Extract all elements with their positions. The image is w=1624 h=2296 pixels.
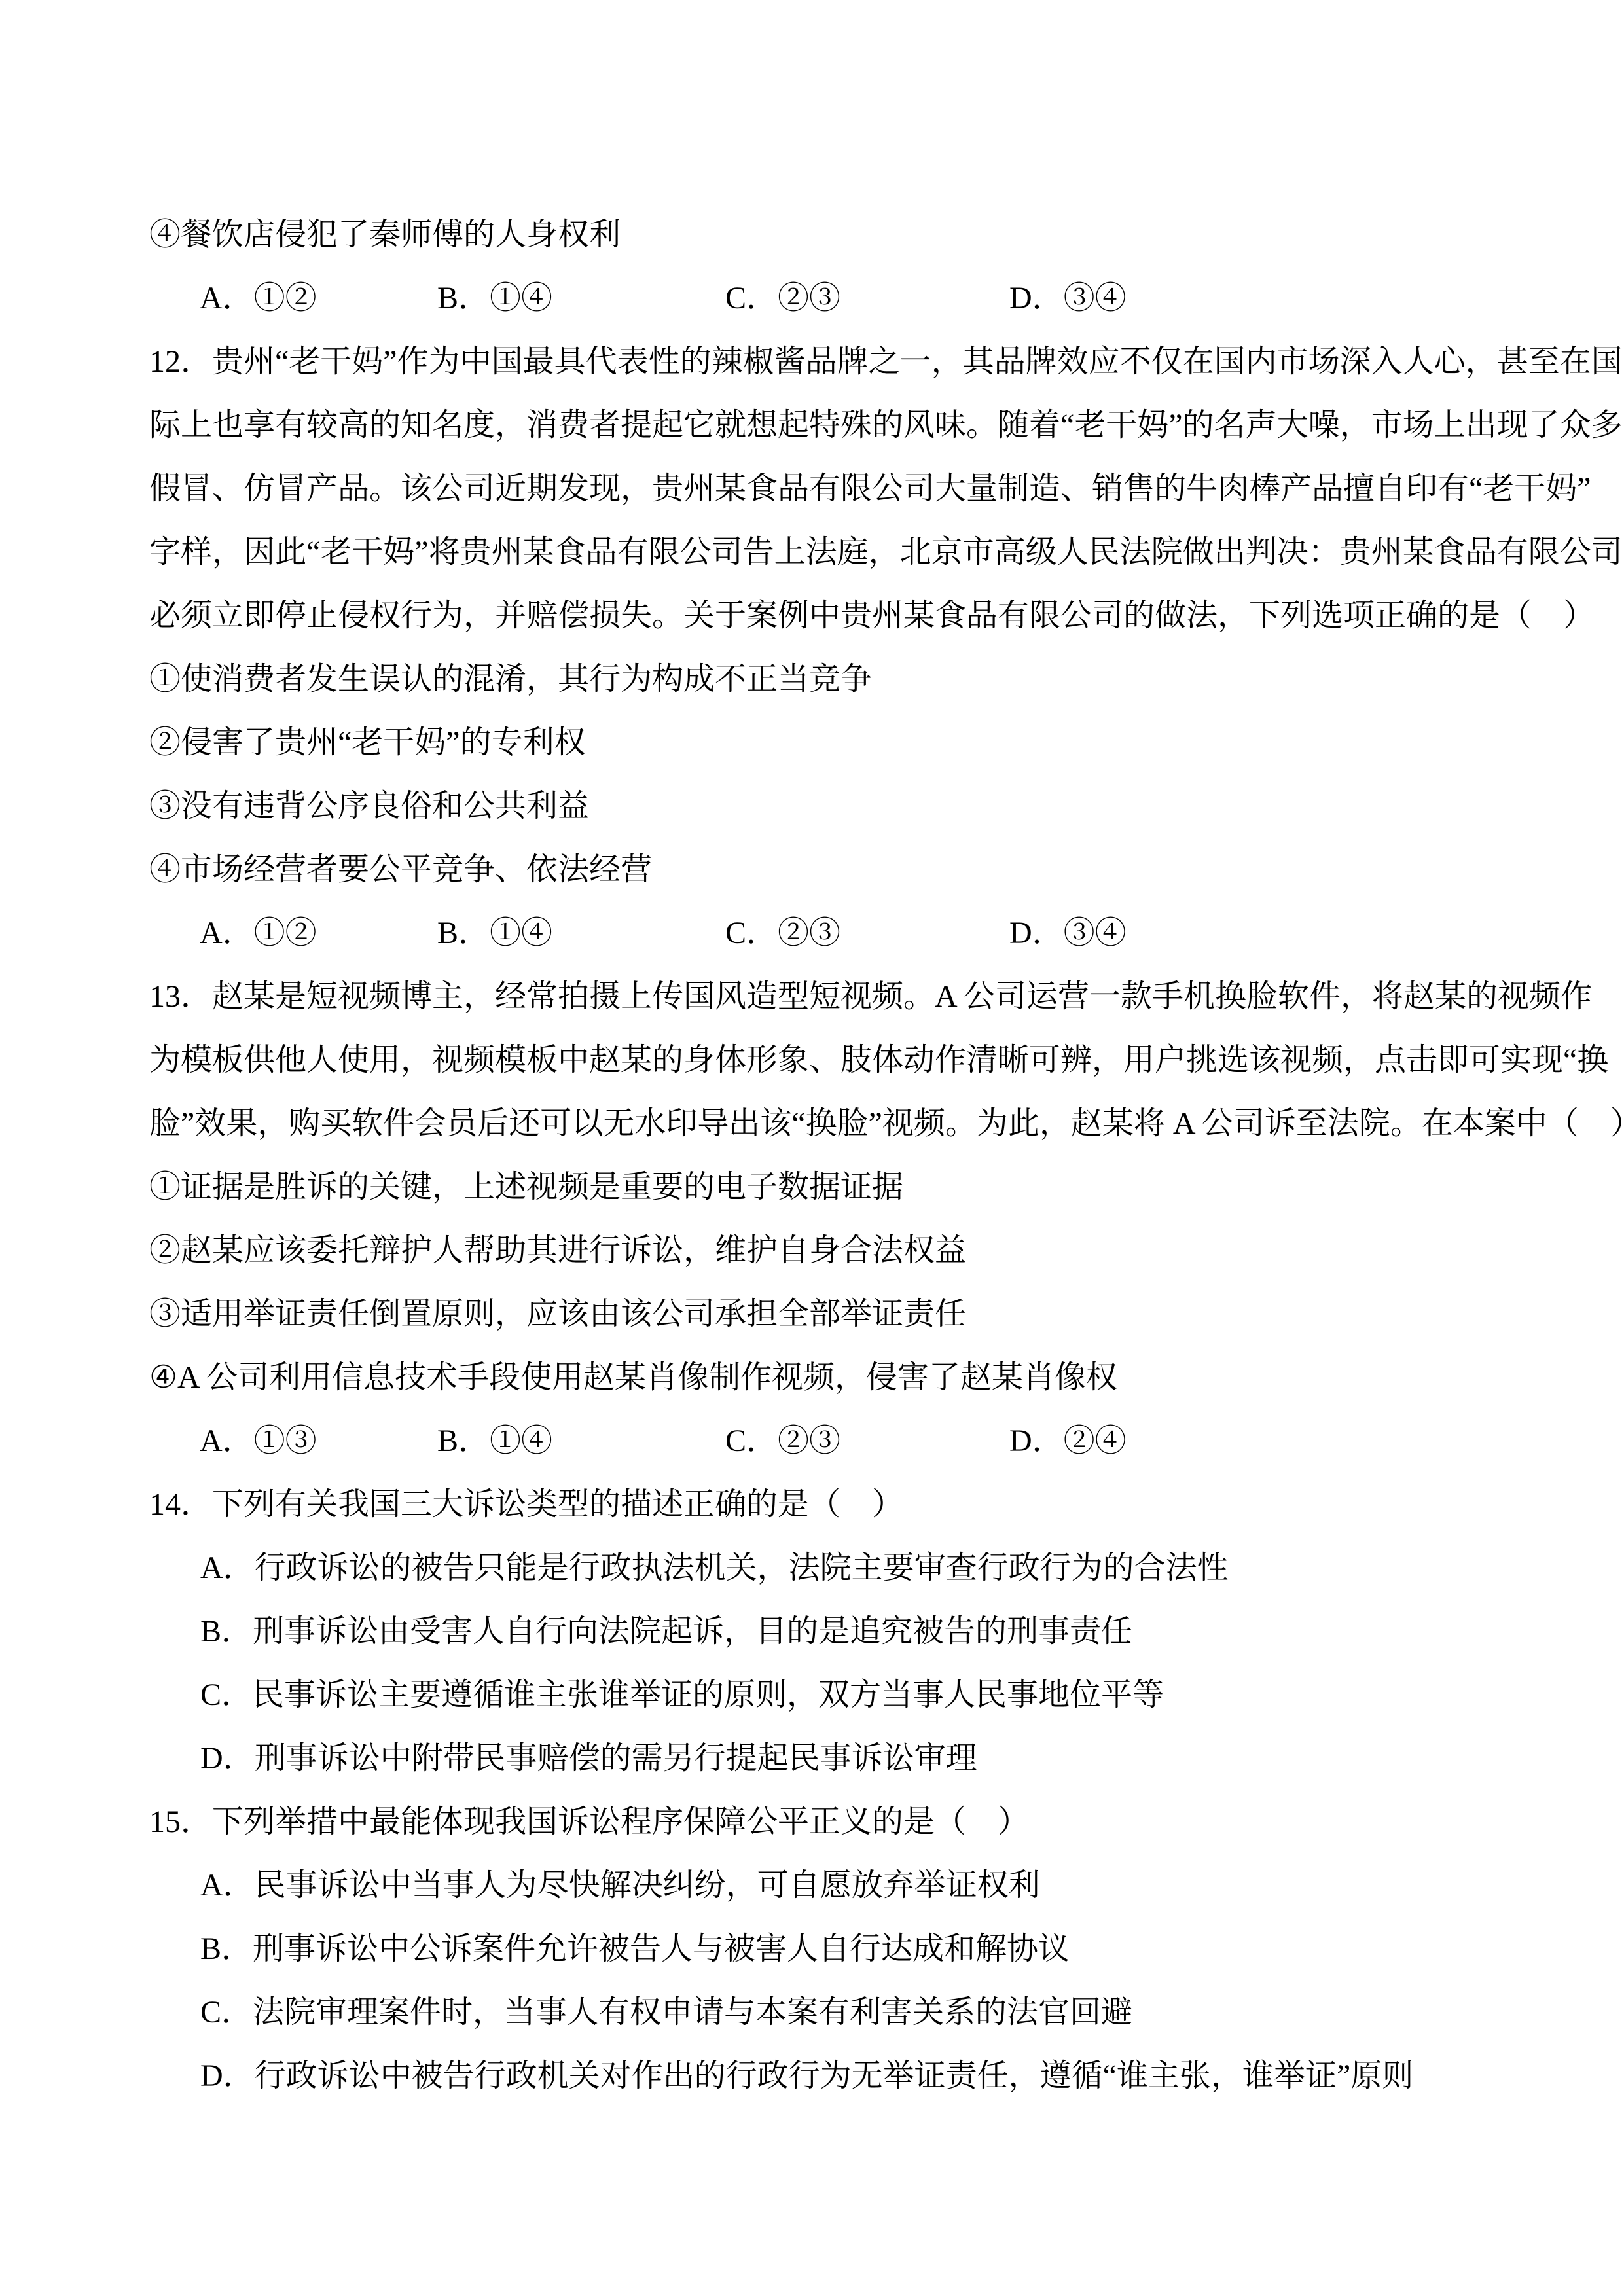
q15-option-c: C．法院审理案件时，当事人有权申请与本案有利害关系的法官回避	[0, 1981, 1624, 2044]
q13-answer-d: D．②④	[1009, 1409, 1127, 1473]
q12-answer-c: C．②③	[725, 901, 840, 965]
q15-option-a: A．民事诉讼中当事人为尽快解决纠纷，可自愿放弃举证权利	[0, 1854, 1624, 1917]
q11-answer-row: A．①② B．①④ C．②③ D．③④	[0, 266, 1624, 330]
q13-answer-b: B．①④	[437, 1409, 552, 1473]
q13-answer-row: A．①③ B．①④ C．②③ D．②④	[0, 1409, 1624, 1473]
q14-option-c: C．民事诉讼主要遵循谁主张谁举证的原则，双方当事人民事地位平等	[0, 1663, 1624, 1727]
q13-answer-c: C．②③	[725, 1409, 840, 1473]
q12-option-3: ③没有违背公序良俗和公共利益	[0, 774, 1624, 838]
q12-option-2: ②侵害了贵州“老干妈”的专利权	[0, 711, 1624, 774]
q12-answer-d: D．③④	[1009, 901, 1127, 965]
q13-option-3: ③适用举证责任倒置原则，应该由该公司承担全部举证责任	[0, 1282, 1624, 1346]
q13-stem-line-2: 为模板供他人使用，视频模板中赵某的身体形象、肢体动作清晰可辨，用户挑选该视频，点…	[0, 1028, 1624, 1092]
q11-answer-b: B．①④	[437, 266, 552, 330]
q13-stem-line-3: 脸”效果，购买软件会员后还可以无水印导出该“换脸”视频。为此，赵某将 A 公司诉…	[0, 1092, 1624, 1155]
q13-option-2: ②赵某应该委托辩护人帮助其进行诉讼，维护自身合法权益	[0, 1219, 1624, 1282]
q12-stem-line-4: 字样，因此“老干妈”将贵州某食品有限公司告上法庭，北京市高级人民法院做出判决：贵…	[0, 520, 1624, 584]
q15-option-d: D．行政诉讼中被告行政机关对作出的行政行为无举证责任，遵循“谁主张，谁举证”原则	[0, 2044, 1624, 2108]
q14-option-b: B．刑事诉讼由受害人自行向法院起诉，目的是追究被告的刑事责任	[0, 1600, 1624, 1663]
q12-option-4: ④市场经营者要公平竞争、依法经营	[0, 838, 1624, 901]
q12-stem-line-2: 际上也享有较高的知名度，消费者提起它就想起特殊的风味。随着“老干妈”的名声大噪，…	[0, 393, 1624, 457]
q15-option-b: B．刑事诉讼中公诉案件允许被告人与被害人自行达成和解协议	[0, 1917, 1624, 1981]
q12-stem-line-5: 必须立即停止侵权行为，并赔偿损失。关于案例中贵州某食品有限公司的做法，下列选项正…	[0, 584, 1624, 647]
q11-answer-a: A．①②	[200, 266, 317, 330]
q12-answer-b: B．①④	[437, 901, 552, 965]
q11-answer-d: D．③④	[1009, 266, 1127, 330]
q13-option-4: ④A 公司利用信息技术手段使用赵某肖像制作视频，侵害了赵某肖像权	[0, 1346, 1624, 1409]
q12-answer-row: A．①② B．①④ C．②③ D．③④	[0, 901, 1624, 965]
q13-stem-line-1: 13．赵某是短视频博主，经常拍摄上传国风造型短视频。A 公司运营一款手机换脸软件…	[0, 965, 1624, 1028]
q11-option-4: ④餐饮店侵犯了秦师傅的人身权利	[0, 203, 1624, 266]
q12-stem-line-1: 12．贵州“老干妈”作为中国最具代表性的辣椒酱品牌之一，其品牌效应不仅在国内市场…	[0, 330, 1624, 393]
q12-option-1: ①使消费者发生误认的混淆，其行为构成不正当竞争	[0, 647, 1624, 711]
q11-answer-c: C．②③	[725, 266, 840, 330]
exam-document-page: ④餐饮店侵犯了秦师傅的人身权利 A．①② B．①④ C．②③ D．③④ 12．贵…	[0, 0, 1624, 2296]
q14-option-d: D．刑事诉讼中附带民事赔偿的需另行提起民事诉讼审理	[0, 1727, 1624, 1790]
q14-option-a: A．行政诉讼的被告只能是行政执法机关，法院主要审查行政行为的合法性	[0, 1536, 1624, 1600]
q15-stem: 15．下列举措中最能体现我国诉讼程序保障公平正义的是（ ）	[0, 1790, 1624, 1854]
q13-option-1: ①证据是胜诉的关键，上述视频是重要的电子数据证据	[0, 1155, 1624, 1219]
q12-answer-a: A．①②	[200, 901, 317, 965]
q12-stem-line-3: 假冒、仿冒产品。该公司近期发现，贵州某食品有限公司大量制造、销售的牛肉棒产品擅自…	[0, 457, 1624, 520]
q13-answer-a: A．①③	[200, 1409, 317, 1473]
q14-stem: 14．下列有关我国三大诉讼类型的描述正确的是（ ）	[0, 1473, 1624, 1536]
